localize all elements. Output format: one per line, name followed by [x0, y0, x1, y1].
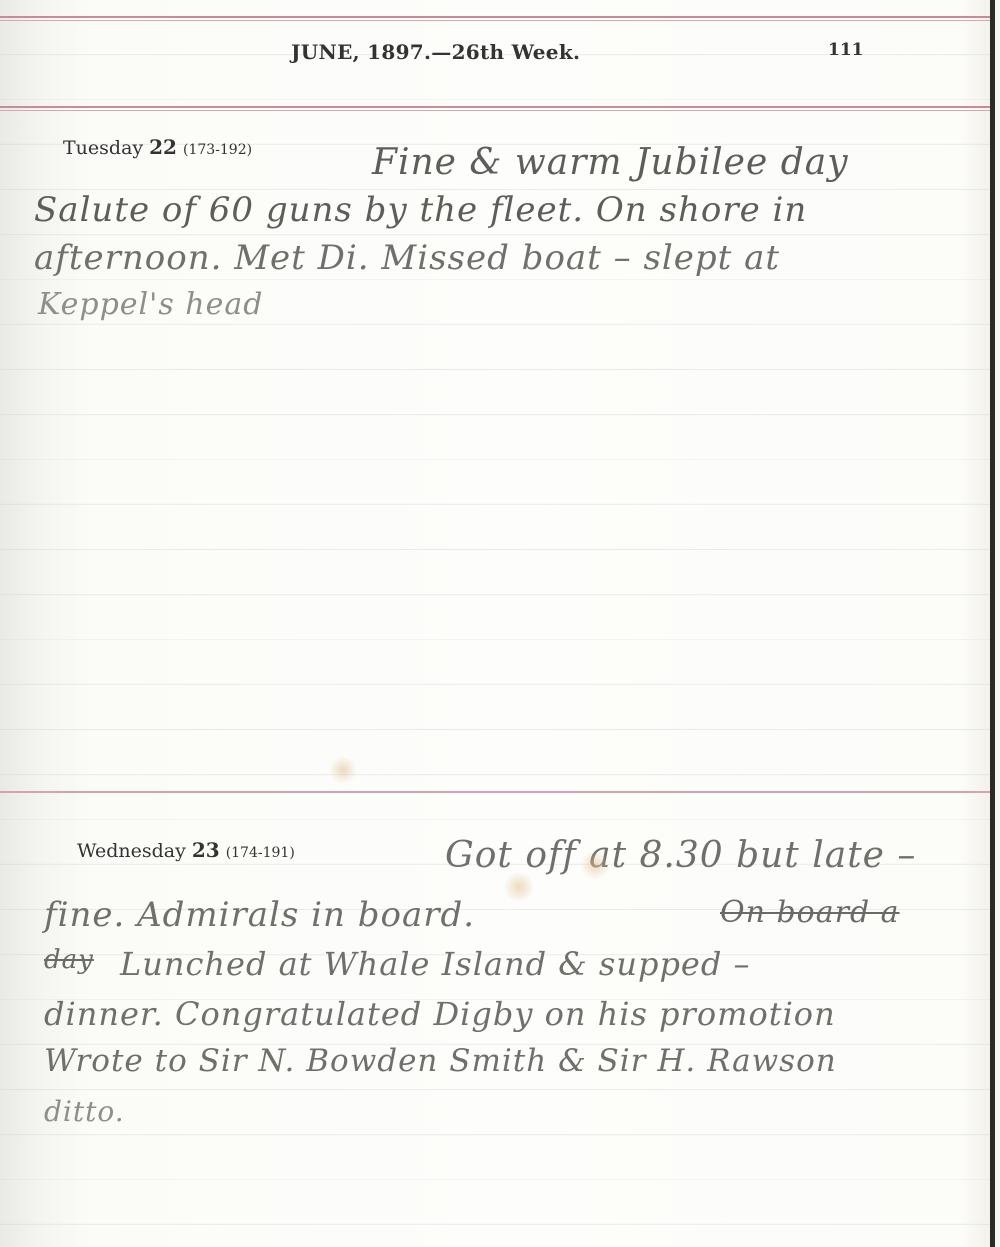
handwriting-line: Salute of 60 guns by the fleet. On shore…: [34, 190, 807, 230]
handwriting-line: Lunched at Whale Island & supped –: [120, 945, 751, 983]
handwriting-line: dinner. Congratulated Digby on his promo…: [44, 995, 836, 1033]
paper-stain: [505, 870, 533, 904]
page-edge: [990, 0, 995, 1247]
handwriting-line: afternoon. Met Di. Missed boat – slept a…: [34, 238, 780, 278]
day-divider-rule: [0, 791, 995, 793]
diary-page: JUNE, 1897.—26th Week. 111 Tuesday22(173…: [0, 0, 995, 1247]
day-heading-wednesday: Wednesday23(174-191): [77, 838, 295, 862]
paper-stain: [580, 850, 610, 880]
handwriting-line: Keppel's head: [38, 287, 263, 322]
paper-stain: [330, 755, 356, 785]
page-header-title: JUNE, 1897.—26th Week.: [291, 40, 580, 64]
handwriting-line: Fine & warm Jubilee day: [372, 142, 849, 183]
header-bottom-rule: [0, 106, 995, 111]
crossed-out-text: On board a: [720, 895, 900, 930]
handwriting-line: fine. Admirals in board.: [44, 895, 475, 935]
day-range: (173-192): [183, 142, 252, 158]
day-name: Tuesday: [63, 137, 143, 159]
day-number: 22: [149, 135, 177, 159]
day-range: (174-191): [226, 845, 295, 861]
handwriting-line: ditto.: [44, 1095, 125, 1128]
day-number: 23: [192, 838, 220, 862]
day-heading-tuesday: Tuesday22(173-192): [63, 135, 252, 159]
crossed-out-text: day: [44, 945, 94, 975]
page-number: 111: [828, 40, 864, 60]
top-double-rule: [0, 16, 995, 21]
day-name: Wednesday: [77, 840, 186, 862]
handwriting-line: Wrote to Sir N. Bowden Smith & Sir H. Ra…: [44, 1043, 837, 1079]
